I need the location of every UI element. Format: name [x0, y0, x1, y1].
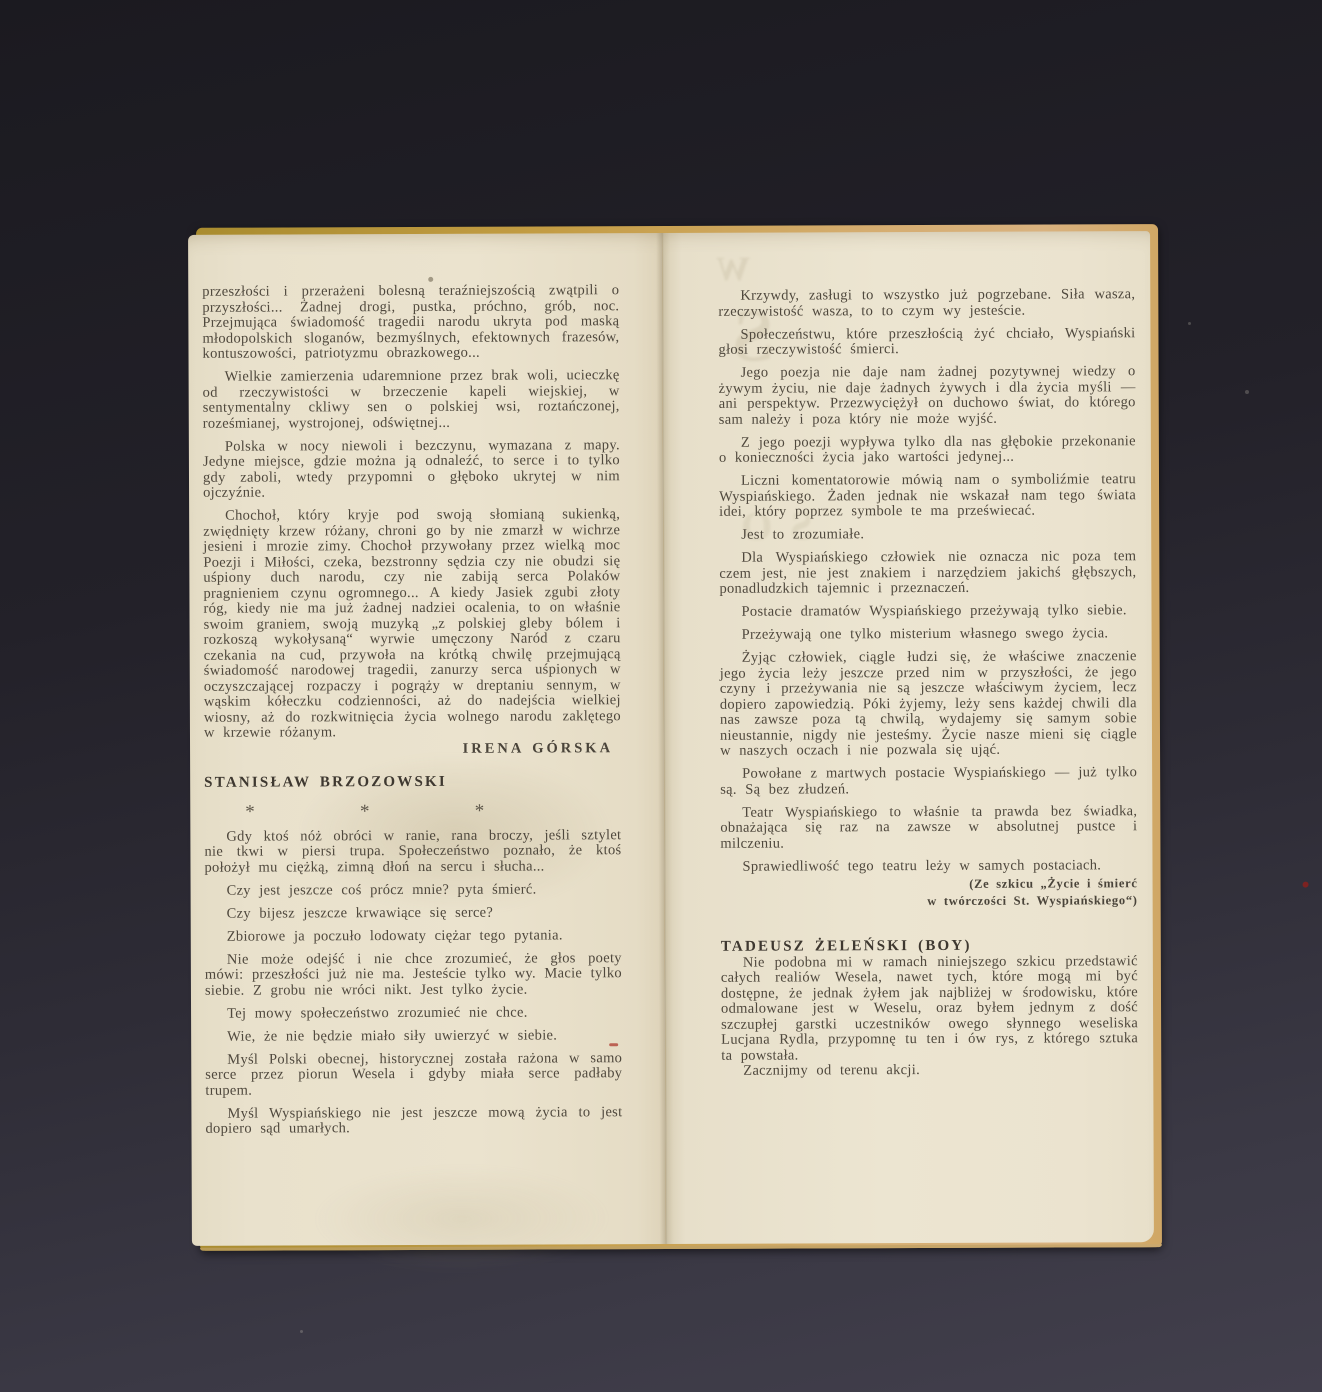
left-page: przeszłości i przerażeni bolesną teraźni…	[188, 233, 666, 1246]
paragraph: Teatr Wyspiańskiego to właśnie ta prawda…	[720, 804, 1137, 852]
paragraph: Postacie dramatów Wyspiańskiego przeżywa…	[719, 603, 1136, 620]
open-booklet: przeszłości i przerażeni bolesną teraźni…	[188, 231, 1154, 1246]
paragraph: Wielkie zamierzenia udaremnione przez br…	[203, 368, 620, 432]
paragraph: Czy jest jeszcze coś prócz mnie? pyta śm…	[205, 882, 622, 899]
paragraph: Sprawiedliwość tego teatru leży w samych…	[720, 858, 1137, 875]
show-through-illustration	[312, 1163, 612, 1274]
paragraph: Wie, że nie będzie miało siły uwierzyć w…	[205, 1028, 622, 1045]
asterisk-divider: * * *	[180, 804, 597, 820]
dust-speck	[1245, 390, 1249, 394]
paragraph: Z jego poezji wypływa tylko dla nas głęb…	[719, 434, 1136, 467]
paragraph: Myśl Polski obecnej, historycznej został…	[205, 1051, 622, 1099]
author-signature: IRENA GÓRSKA	[204, 741, 621, 758]
paragraph: Zacznijmy od terenu akcji.	[721, 1062, 1138, 1079]
dust-speck	[1188, 322, 1191, 325]
paragraph: Zbiorowe ja poczuło lodowaty ciężar tego…	[205, 928, 622, 945]
paragraph: Powołane z martwych postacie Wyspiańskie…	[720, 765, 1137, 798]
paragraph: Jest to zrozumiałe.	[719, 526, 1136, 543]
paragraph: Tej mowy społeczeństwo zrozumieć nie chc…	[205, 1005, 622, 1022]
paragraph: Czy bijesz jeszcze krwawiące się serce?	[205, 905, 622, 922]
left-page-text-column: przeszłości i przerażeni bolesną teraźni…	[202, 283, 622, 1145]
paragraph: Dla Wyspiańskiego człowiek nie oznacza n…	[719, 549, 1136, 597]
paragraph: Żyjąc człowiek, ciągle łudzi się, że wła…	[720, 649, 1137, 759]
attribution-line: w twórczości St. Wyspiańskiego“)	[721, 892, 1138, 910]
show-through-text: W	[702, 251, 750, 289]
paragraph: Gdy ktoś nóż obróci w ranie, rana broczy…	[204, 828, 621, 876]
paragraph: Krzywdy, zasługi to wszystko już pogrzeb…	[718, 287, 1135, 320]
paragraph: Przeżywają one tylko misterium własnego …	[720, 626, 1137, 643]
dust-speck	[300, 1330, 303, 1333]
paragraph: Polska w nocy niewoli i bezczynu, wymaza…	[203, 438, 620, 502]
right-page-text-column: Krzywdy, zasługi to wszystko już pogrzeb…	[718, 287, 1138, 1087]
right-page: W S SO Krzywdy, zasługi to wszystko już …	[662, 231, 1154, 1244]
attribution-line: (Ze szkicu „Życie i śmierć	[721, 875, 1138, 893]
ink-speck	[428, 277, 433, 282]
ink-speck	[1303, 882, 1309, 888]
paragraph: przeszłości i przerażeni bolesną teraźni…	[202, 283, 619, 362]
paragraph: Nie może odejść i nie chce zrozumieć, że…	[205, 951, 622, 999]
scan-background: { "booklet": { "left_page": { "paragraph…	[0, 0, 1322, 1392]
paragraph: Myśl Wyspiańskiego nie jest jeszcze mową…	[205, 1105, 622, 1138]
author-heading-brzozowski: STANISŁAW BRZOZOWSKI	[204, 774, 621, 791]
source-attribution: (Ze szkicu „Życie i śmierć w twórczości …	[721, 875, 1138, 910]
paragraph: Liczni komentatorowie mówią nam o symbol…	[719, 472, 1136, 520]
paragraph: Chochoł, który kryje pod swoją słomianą …	[203, 507, 621, 741]
paragraph: Nie podobna mi w ramach niniejszego szki…	[721, 954, 1138, 1064]
paragraph: Społeczeństwu, które przeszłością żyć ch…	[718, 326, 1135, 359]
paragraph: Jego poezja nie daje nam żadnej pozytywn…	[719, 364, 1136, 428]
